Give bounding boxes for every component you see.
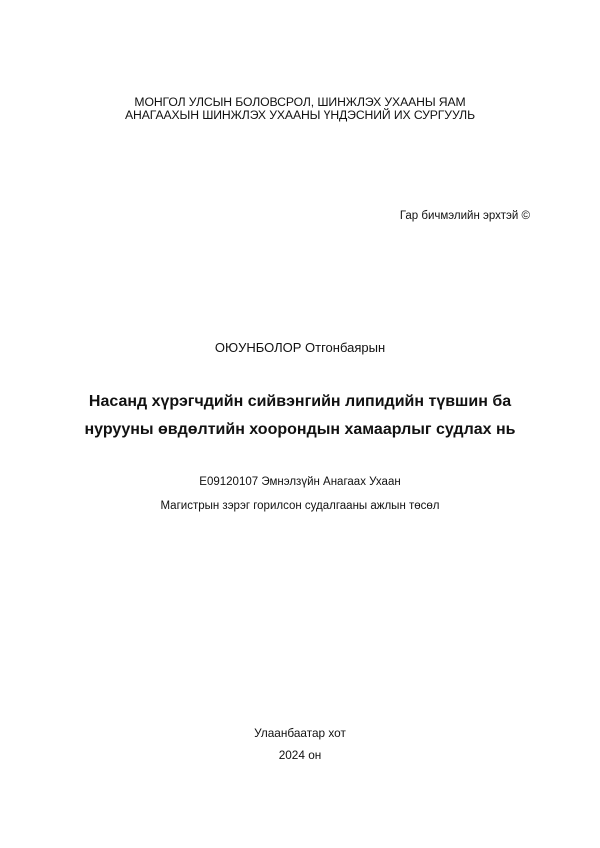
program-code-field: E09120107 Эмнэлзүйн Анагаах Ухаан xyxy=(0,470,600,494)
document-page: МОНГОЛ УЛСЫН БОЛОВСРОЛ, ШИНЖЛЭХ УХААНЫ Я… xyxy=(0,0,600,848)
thesis-title: Насанд хүрэгчдийн сийвэнгийн липидийн тү… xyxy=(0,388,600,444)
ministry-name: МОНГОЛ УЛСЫН БОЛОВСРОЛ, ШИНЖЛЭХ УХААНЫ Я… xyxy=(0,96,600,109)
city: Улаанбаатар хот xyxy=(0,722,600,744)
program-info: E09120107 Эмнэлзүйн Анагаах Ухаан Магист… xyxy=(0,470,600,518)
thesis-title-line-2: нурууны өвдөлтийн хоорондын хамаарлыг су… xyxy=(0,416,600,444)
degree-type: Магистрын зэрэг горилсон судалгааны ажлы… xyxy=(0,494,600,518)
year: 2024 он xyxy=(0,744,600,766)
university-name: АНАГААХЫН ШИНЖЛЭХ УХААНЫ ҮНДЭСНИЙ ИХ СУР… xyxy=(0,109,600,122)
place-and-date: Улаанбаатар хот 2024 он xyxy=(0,722,600,766)
copyright-notice: Гар бичмэлийн эрхтэй © xyxy=(400,210,530,222)
institution-header: МОНГОЛ УЛСЫН БОЛОВСРОЛ, ШИНЖЛЭХ УХААНЫ Я… xyxy=(0,96,600,121)
author-name: ОЮУНБОЛОР Отгонбаярын xyxy=(0,340,600,355)
thesis-title-line-1: Насанд хүрэгчдийн сийвэнгийн липидийн тү… xyxy=(0,388,600,416)
